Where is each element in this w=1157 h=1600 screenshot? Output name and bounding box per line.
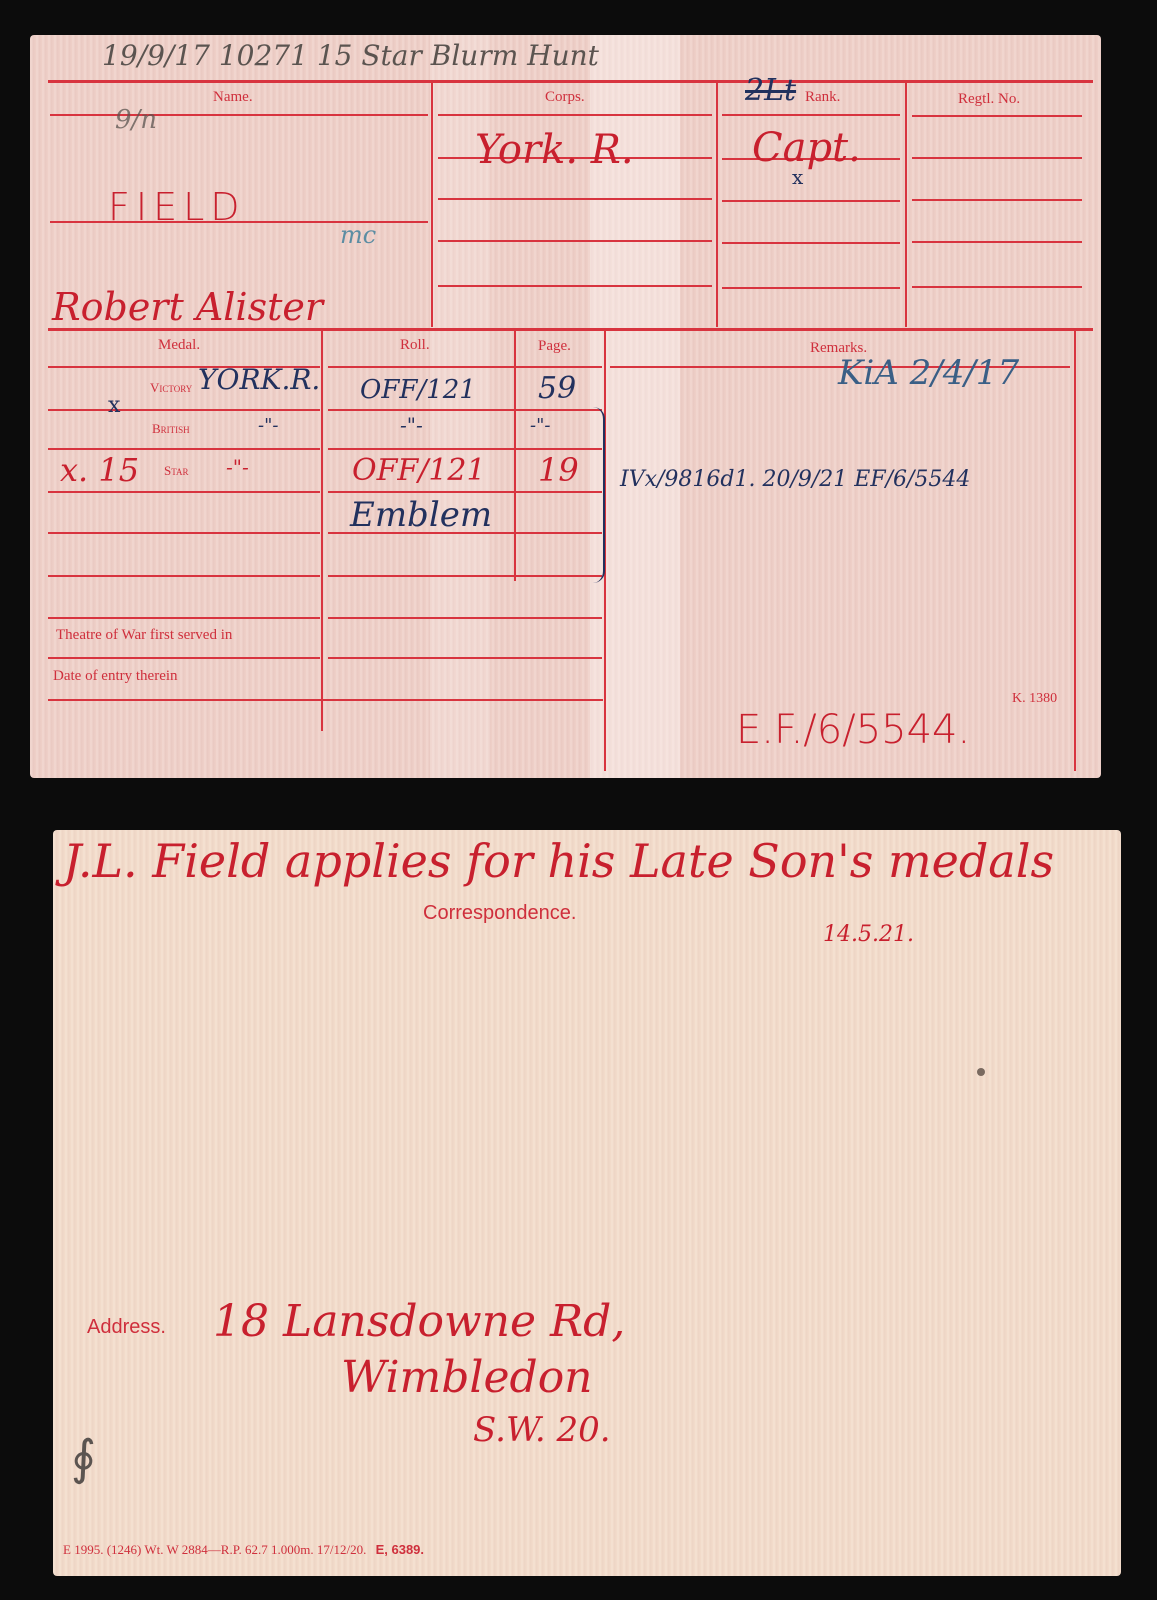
rule [48,657,320,659]
correspondence-label: Correspondence. [423,902,576,925]
divider [716,83,718,327]
printer-footer: E 1995. (1246) Wt. W 2884—R.P. 62.7 1.00… [63,1542,424,1558]
rule [328,617,602,619]
forenames: Robert Alister [52,285,323,329]
address-line-3: S.W. 20. [473,1410,611,1450]
medal-name: Star [164,463,189,479]
rule [328,409,602,411]
stain-dot [977,1068,985,1076]
roll-header: Roll. [400,337,430,354]
medal-mark: x. 15 [60,451,139,489]
medal-index-card-back: J.L. Field applies for his Late Son's me… [53,830,1121,1576]
name-header: Name. [213,89,253,106]
rule [328,491,602,493]
rule [722,242,900,244]
award-mc: mc [340,221,376,249]
medal-name: Victory [150,380,192,396]
rule [50,114,428,116]
rule [48,491,320,493]
surname: FIELD [108,185,246,229]
rule [438,240,712,242]
rule [912,286,1082,288]
theatre-label: Theatre of War first served in [56,627,232,644]
pencil-mark: 9/n [115,105,157,135]
address-line-2: Wimbledon [341,1352,593,1403]
medal-mark: x [108,393,120,418]
rule [48,448,320,450]
rule [48,532,320,534]
initials-mark: ∮ [71,1430,96,1486]
application-note: J.L. Field applies for his Late Son's me… [63,834,1054,888]
top-pencil-annotation: 19/9/17 10271 15 Star Blurm Hunt [102,39,599,72]
divider [1074,331,1076,771]
rule [328,657,602,659]
divider [514,331,516,581]
rank-struck-value: 2Lt [745,73,796,108]
page-header: Page. [538,338,571,355]
divider [321,331,323,731]
date-entry-label: Date of entry therein [53,668,178,685]
rule [438,285,712,287]
medal-unit: -"- [258,415,278,436]
rule [48,699,603,701]
medal-index-card-front: 19/9/17 10271 15 Star Blurm Hunt Name. C… [30,35,1101,778]
regtl-no-header: Regtl. No. [958,91,1020,108]
rule [438,198,712,200]
rule [912,199,1082,201]
rule [912,157,1082,159]
rule [912,115,1082,117]
corps-header: Corps. [545,89,585,106]
rule [328,448,602,450]
corps-value: York. R. [475,127,634,173]
rule [722,114,900,116]
emblem-note: Emblem [350,495,492,535]
rank-header: Rank. [805,89,840,106]
address-label: Address. [87,1316,166,1339]
rule [48,409,320,411]
divider [431,83,433,327]
rank-value: Capt. [752,125,861,171]
medal-unit: -"- [226,455,249,479]
medal-roll: OFF/121 [352,453,486,488]
rule [328,366,602,368]
rule [912,241,1082,243]
medal-unit: YORK.R. [198,363,320,396]
medal-page: 59 [538,371,576,406]
bracket [593,407,605,583]
medal-name: British [152,421,190,437]
medal-roll: -"- [400,413,423,437]
application-date: 14.5.21. [823,922,914,947]
printer-footer-text: E 1995. (1246) Wt. W 2884—R.P. 62.7 1.00… [63,1542,366,1557]
remarks-kia: KiA 2/4/17 [838,353,1019,393]
rule [438,114,712,116]
medal-page: -"- [530,415,550,436]
printer-code: E, 6389. [376,1542,424,1557]
rule [48,328,1093,331]
rule [722,287,900,289]
address-line-1: 18 Lansdowne Rd, [213,1296,625,1347]
rule [48,80,1093,83]
rule [722,200,900,202]
remarks-issue: IVx/9816d1. 20/9/21 EF/6/5544 [620,467,970,492]
medal-roll: OFF/121 [360,375,476,405]
rule [48,617,320,619]
rule [328,575,602,577]
form-number: K. 1380 [1012,691,1057,707]
medal-page: 19 [538,451,579,489]
divider [905,83,907,327]
medal-header: Medal. [158,337,200,354]
rule [48,575,320,577]
rank-mark: x [792,165,803,189]
ef-reference: E.F./6/5544. [736,707,970,753]
